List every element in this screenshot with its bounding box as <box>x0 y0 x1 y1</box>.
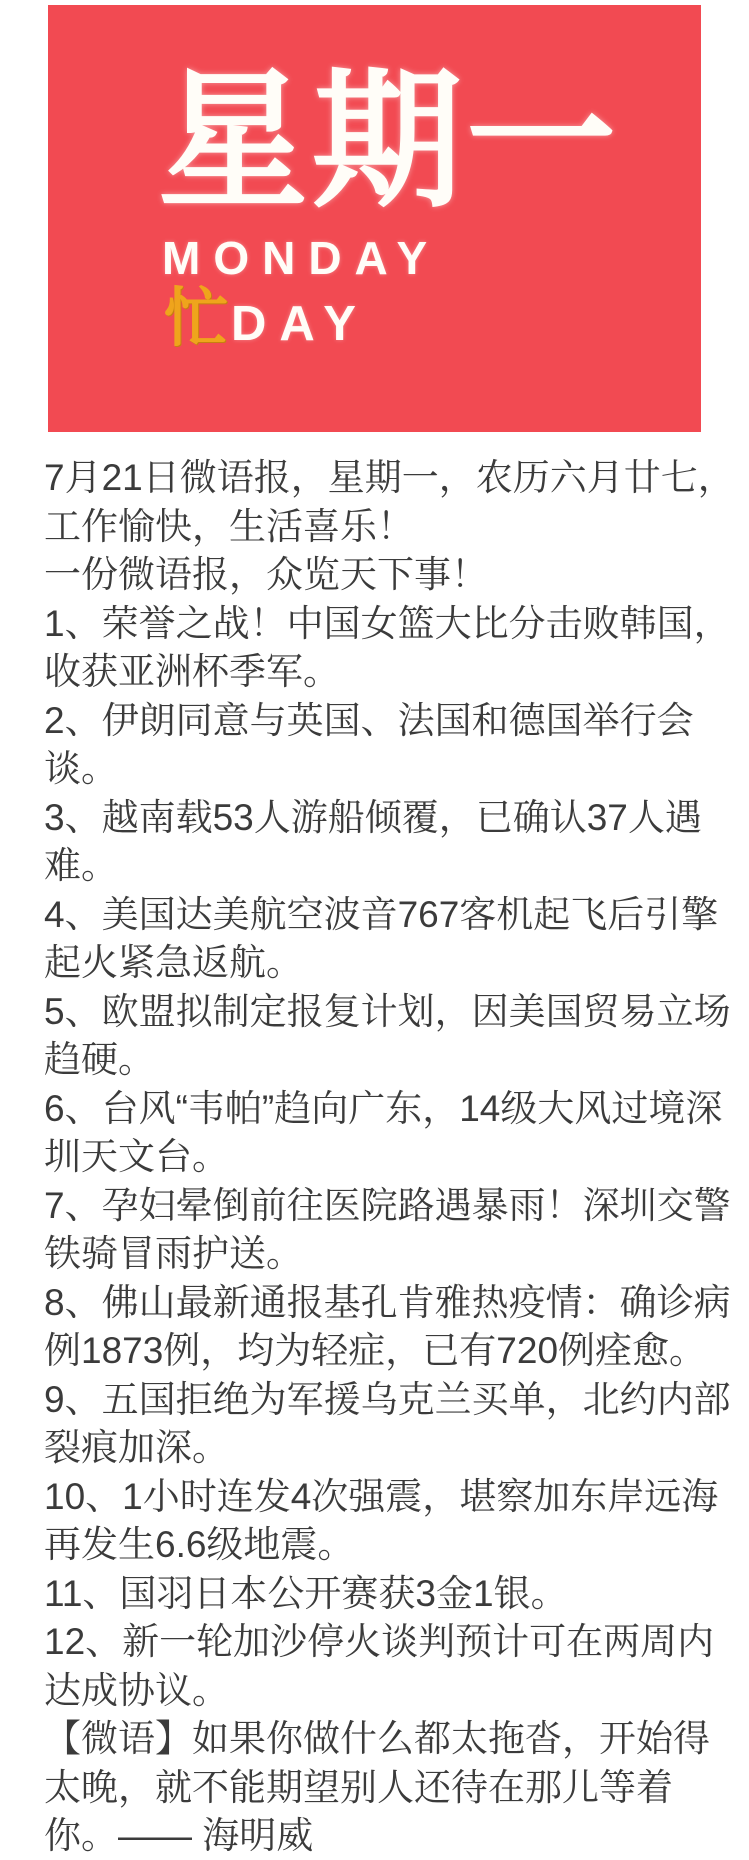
news-item-6: 6、台风“韦帕”趋向广东，14级大风过境深 圳天文台。 <box>44 1085 736 1182</box>
busy-day-pun: 忙 DAY <box>164 267 369 359</box>
weekday-title-cn: 星期一 <box>158 57 620 225</box>
news-item-11: 11、国羽日本公开赛获3金1银。 <box>44 1570 736 1619</box>
news-item-12: 12、新一轮加沙停火谈判预计可在两周内 达成协议。 <box>44 1618 736 1715</box>
daily-quote: 【微语】如果你做什么都太拖沓，开始得 太晚，就不能期望别人还待在那儿等着 你。—… <box>44 1715 736 1860</box>
news-item-1: 1、荣誉之战！中国女篮大比分击败韩国， 收获亚洲杯季军。 <box>44 600 736 697</box>
news-item-5: 5、欧盟拟制定报复计划，因美国贸易立场 趋硬。 <box>44 988 736 1085</box>
news-item-9: 9、五国拒绝为军援乌克兰买单，北约内部 裂痕加深。 <box>44 1376 736 1473</box>
news-item-4: 4、美国达美航空波音767客机起飞后引擎 起火紧急返航。 <box>44 891 736 988</box>
busy-pun-cn: 忙 <box>164 267 228 359</box>
news-item-8: 8、佛山最新通报基孔肯雅热疫情：确诊病 例1873例，均为轻症，已有720例痊愈… <box>44 1279 736 1376</box>
date-header: 7月21日微语报，星期一，农历六月廿七， 工作愉快，生活喜乐！ <box>44 454 736 551</box>
news-item-7: 7、孕妇晕倒前往医院路遇暴雨！深圳交警 铁骑冒雨护送。 <box>44 1182 736 1279</box>
news-item-10: 10、1小时连发4次强震，堪察加东岸远海 再发生6.6级地震。 <box>44 1473 736 1570</box>
news-item-2: 2、伊朗同意与英国、法国和德国举行会 谈。 <box>44 697 736 794</box>
news-item-3: 3、越南载53人游船倾覆，已确认37人遇 难。 <box>44 794 736 891</box>
monday-banner: 星期一 MONDAY 忙 DAY <box>48 5 701 432</box>
news-digest: 7月21日微语报，星期一，农历六月廿七， 工作愉快，生活喜乐！ 一份微语报，众览… <box>44 454 736 1860</box>
busy-pun-en: DAY <box>231 296 369 352</box>
tagline: 一份微语报，众览天下事！ <box>44 551 736 600</box>
